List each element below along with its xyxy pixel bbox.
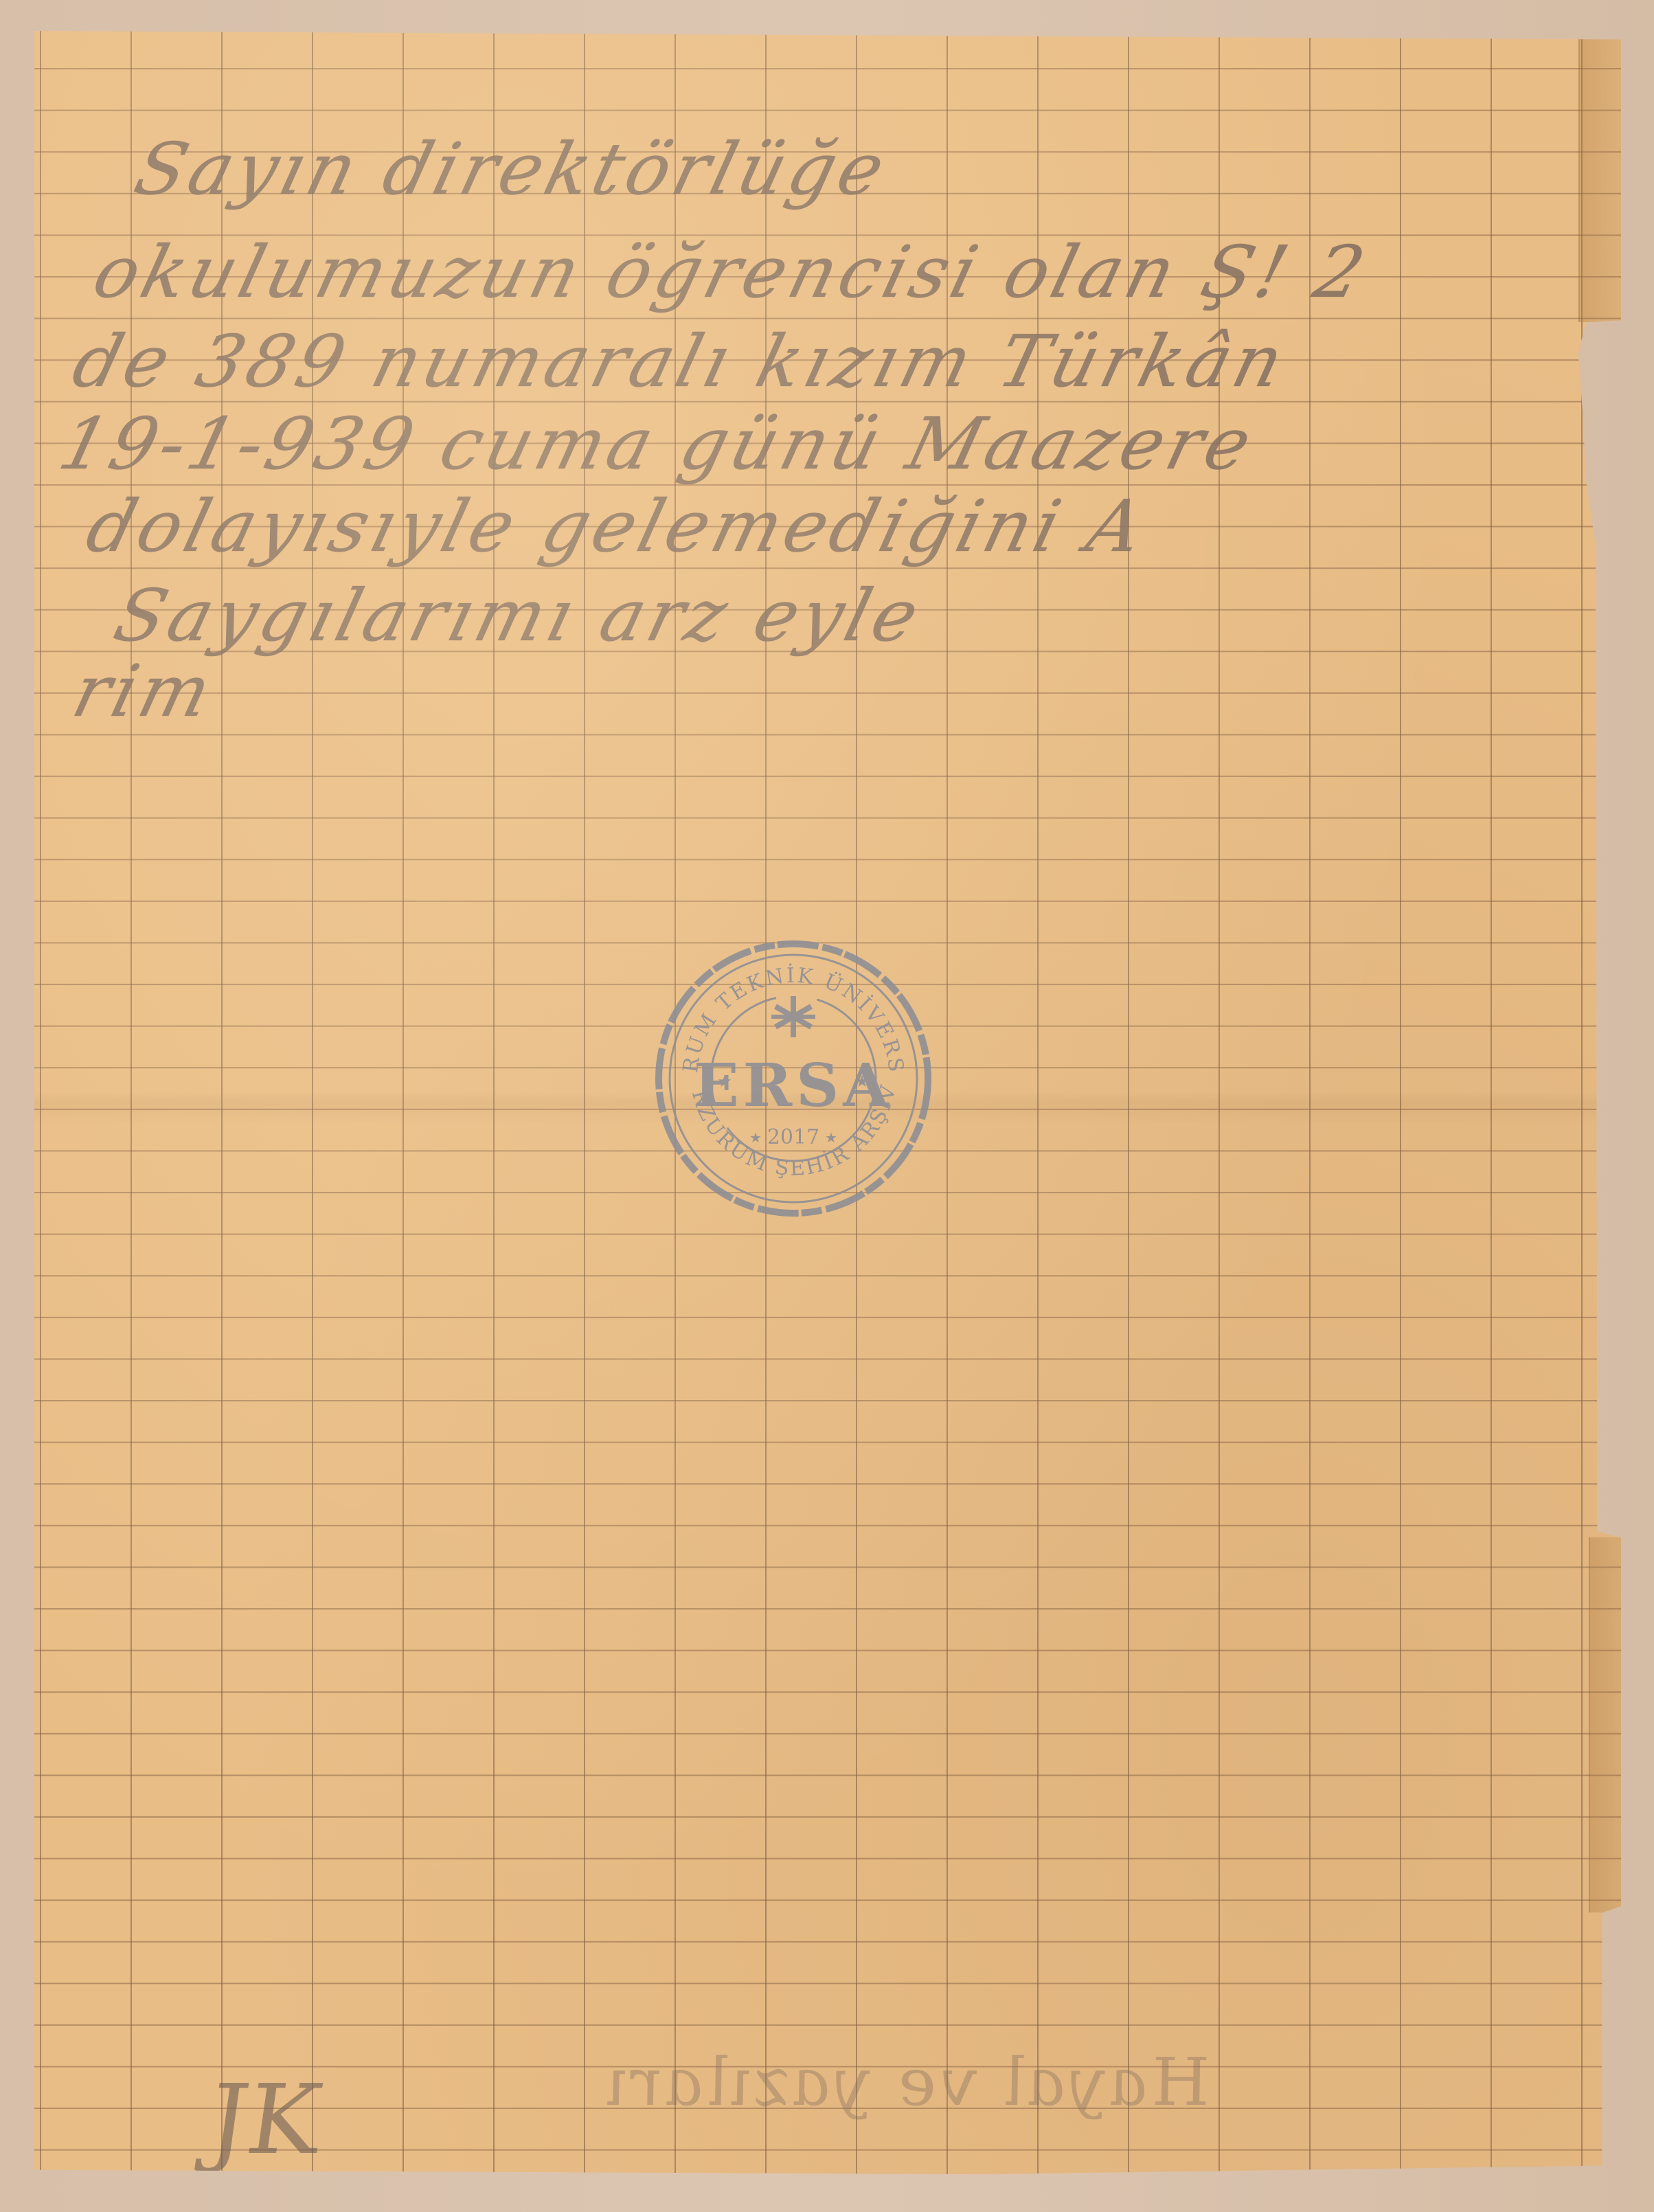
letter-line-3: de 389 numaralı kızım Türkân (65, 319, 1295, 403)
star-icon: ★ (749, 1129, 762, 1146)
letter-line-6: Saygılarımı arz eyle (106, 574, 931, 657)
star-icon: ★ (717, 1072, 732, 1091)
star-icon: ★ (825, 1129, 837, 1146)
margin-mark: JK (202, 2064, 328, 2176)
letter-line-7: rim (65, 649, 223, 733)
letter-line-4: 19-1-939 cuma günü Maazere (52, 402, 1263, 486)
snowflake-ornament-icon (771, 996, 815, 1037)
letter-line-1: Sayın direktörlüğe (127, 127, 896, 211)
bleed-through-text: Hayal ve yazıları (596, 2044, 1217, 2121)
letter-line-2: okulumuzun öğrencisi olan Ş! 2 (86, 230, 1377, 314)
ersa-archive-stamp: ERZURUM TEKNİK ÜNİVERSİTESİ ERZURUM ŞEHİ… (649, 934, 938, 1223)
letter-line-5: dolayısıyle gelemediğini A (79, 484, 1155, 568)
stamp-year: 2017 (767, 1125, 819, 1149)
star-icon: ★ (854, 1072, 870, 1091)
